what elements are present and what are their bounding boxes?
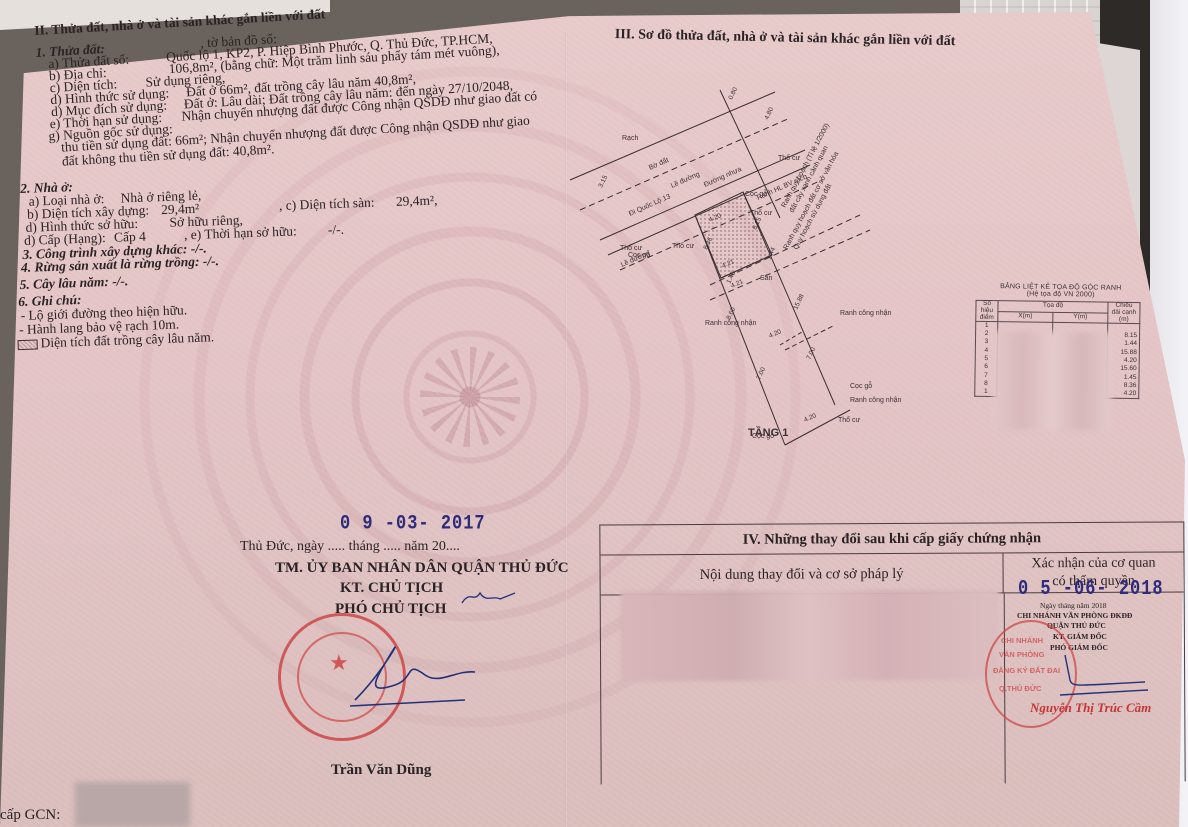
- hatch-legend-icon: [18, 339, 38, 350]
- signature-icon: [345, 630, 495, 710]
- col-x: X(m): [998, 311, 1053, 322]
- label-coc-go: Cọc gỗ: [850, 381, 872, 390]
- label-san: Sân: [760, 275, 773, 282]
- dimension-label: 7.00: [805, 346, 817, 361]
- own-term-value: -/-.: [328, 223, 345, 237]
- label-coc-go: Cọc gỗ: [745, 189, 767, 198]
- section-2: II. Thửa đất, nhà ở và tài sản khác gắn …: [34, 0, 531, 176]
- dimension-label: 4.80: [763, 106, 775, 121]
- change-date-line: Ngày tháng năm 2018: [1040, 601, 1106, 610]
- redacted-gcn-number: [75, 782, 190, 827]
- footer-gcn-label: cấp GCN:: [0, 808, 60, 823]
- drum-emblem-watermark: [420, 347, 520, 447]
- label-tho-cu: Thổ cư: [838, 416, 861, 424]
- issue-date-stamp: 0 9 -03- 2017: [340, 514, 486, 534]
- office-line-1: CHI NHÁNH VĂN PHÒNG ĐKĐĐ: [1017, 611, 1132, 620]
- parcel-diagram-svg: Rạch Bờ đất Lề đường Đường nhựa Đi Quốc …: [560, 70, 980, 450]
- dimension-label: 15.88: [792, 293, 805, 311]
- label-rach: Rạch: [622, 135, 638, 142]
- dimension-label: 4.20: [803, 412, 818, 424]
- floor-area-label: , c) Diện tích sàn:: [279, 196, 375, 213]
- label-tho-cu-west-visible: Thổ cư: [620, 244, 643, 252]
- label-ranh-cong-nhan: Ranh công nhận: [850, 397, 901, 404]
- label-tho-cu-mid-visible: Thổ cư: [672, 242, 695, 250]
- grade-value: Cấp 4: [114, 230, 146, 245]
- signer-name: Trần Văn Dũng: [331, 763, 431, 778]
- label-ranh-cong-nhan: Ranh công nhận: [840, 310, 891, 317]
- floor-area-value: 29,4m²,: [396, 193, 438, 208]
- label-tho-cu: Thổ cư: [778, 154, 801, 162]
- label-bo-dat: Bờ đất: [647, 155, 670, 172]
- label-di-quoc-lo: Đi Quốc Lộ 13: [627, 191, 672, 217]
- section-2-house: 2. Nhà ở: a) Loại nhà ở: Nhà ở riêng lẻ,…: [20, 175, 222, 351]
- office-signer-name: Nguyễn Thị Trúc Cầm: [1030, 700, 1151, 716]
- col-edge: Chiều dài cạnh (m): [1108, 302, 1140, 324]
- initials-icon: [460, 585, 520, 610]
- redacted-coordinates: [993, 331, 1112, 431]
- label-tho-cu: Thổ cư: [750, 209, 773, 217]
- label-floor: TẦNG 1: [748, 426, 788, 439]
- col-y: Y(m): [1053, 312, 1108, 323]
- section-4-title: IV. Những thay đổi sau khi cấp giấy chứn…: [600, 522, 1183, 555]
- coordinate-table: BẢNG LIỆT KÊ TỌA ĐỘ GÓC RANH (Hệ tọa độ …: [974, 283, 1146, 399]
- dimension-label: 3.15: [597, 174, 609, 189]
- col-point: Số hiệu điểm: [976, 300, 998, 322]
- issuing-authority: TM. ỦY BAN NHÂN DÂN QUẬN THỦ ĐỨC: [275, 561, 569, 576]
- place-date-line: Thủ Đức, ngày ..... tháng ..... năm 20..…: [240, 540, 460, 554]
- redacted-change-content: [621, 589, 999, 681]
- label-le-duong: Lề đường: [669, 169, 701, 190]
- dimension-label: 0.80: [727, 86, 739, 101]
- grade-label: d) Cấp (Hạng):: [24, 230, 106, 248]
- label-duong-nhua: Đường nhựa: [703, 166, 743, 189]
- dimension-label: 4.20: [768, 328, 783, 340]
- office-signature-icon: [1060, 650, 1150, 700]
- change-date-stamp: 0 5 -06- 2018: [1018, 578, 1164, 602]
- parcel-diagram: Rạch Bờ đất Lề đường Đường nhựa Đi Quốc …: [560, 70, 980, 450]
- dimension-label: 7.00: [755, 366, 767, 381]
- signer-kt: KT. CHỦ TỊCH: [340, 581, 443, 596]
